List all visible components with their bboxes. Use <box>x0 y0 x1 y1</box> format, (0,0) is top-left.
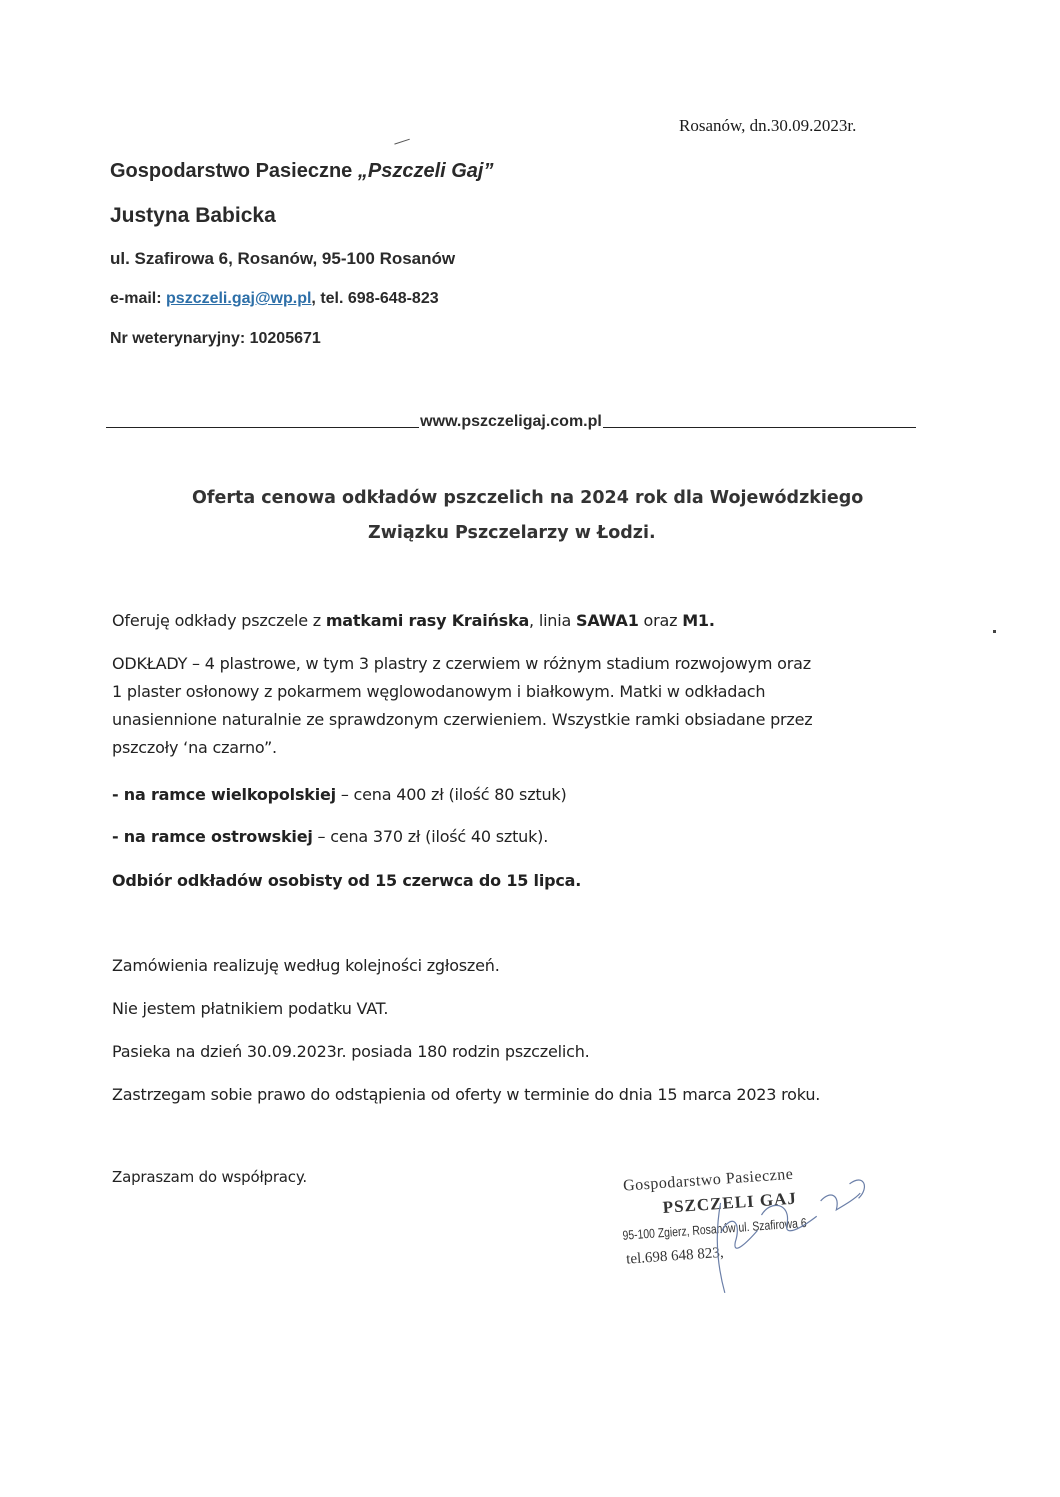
contact-line: e-mail: pszczeli.gaj@wp.pl, tel. 698-648… <box>110 290 439 308</box>
scan-speck <box>993 630 996 633</box>
divider-right <box>603 427 916 428</box>
note: Zamówienia realizuję według kolejności z… <box>112 956 500 975</box>
intro-line-m1: M1. <box>682 611 715 630</box>
address: ul. Szafirowa 6, Rosanów, 95-100 Rosanów <box>110 249 455 269</box>
intro-text: Oferuję odkłady pszczele z <box>112 611 326 630</box>
vet-number: Nr weterynaryjny: 10205671 <box>110 330 321 348</box>
price-details: – cena 400 zł (ilość 80 sztuk) <box>336 785 567 804</box>
owner-name: Justyna Babicka <box>110 204 276 228</box>
company-brand: „Pszczeli Gaj” <box>358 160 494 182</box>
frame-type: - na ramce ostrowskiej <box>112 827 313 846</box>
intro-text: , linia <box>529 611 576 630</box>
website-link[interactable]: www.pszczeligaj.com.pl <box>419 413 603 431</box>
description-line: 1 plaster osłonowy z pokarmem węglowodan… <box>112 682 765 701</box>
signature-icon <box>618 1150 907 1309</box>
email-label: e-mail: <box>110 290 166 307</box>
note: Zastrzegam sobie prawo do odstąpienia od… <box>112 1085 820 1104</box>
price-item: - na ramce ostrowskiej – cena 370 zł (il… <box>112 827 548 846</box>
company-prefix: Gospodarstwo Pasieczne <box>110 160 358 182</box>
description-line: unasiennione naturalnie ze sprawdzonym c… <box>112 710 812 729</box>
website-rule: www.pszczeligaj.com.pl <box>106 409 916 431</box>
price-details: – cena 370 zł (ilość 40 sztuk). <box>313 827 548 846</box>
intro-paragraph: Oferuję odkłady pszczele z matkami rasy … <box>112 611 715 630</box>
email-link[interactable]: pszczeli.gaj@wp.pl <box>166 290 311 307</box>
company-stamp: Gospodarstwo Pasieczne PSZCZELI GAJ 95-1… <box>618 1150 907 1309</box>
intro-line-sawa: SAWA1 <box>576 611 639 630</box>
description-line: pszczoły ‘na czarno”. <box>112 738 277 757</box>
phone: , tel. 698-648-823 <box>311 290 438 307</box>
description-line: ODKŁADY – 4 plastrowe, w tym 3 plastry z… <box>112 654 811 673</box>
pickup-info: Odbiór odkładów osobisty od 15 czerwca d… <box>112 871 581 890</box>
company-name: Gospodarstwo Pasieczne „Pszczeli Gaj” <box>110 160 493 183</box>
offer-title-line2: Związku Pszczelarzy w Łodzi. <box>368 523 656 543</box>
divider-left <box>106 427 419 428</box>
offer-title-line1: Oferta cenowa odkładów pszczelich na 202… <box>192 488 863 508</box>
price-item: - na ramce wielkopolskiej – cena 400 zł … <box>112 785 567 804</box>
intro-breed: matkami rasy Kraińska <box>326 611 529 630</box>
note: Nie jestem płatnikiem podatku VAT. <box>112 999 388 1018</box>
place-date: Rosanów, dn.30.09.2023r. <box>679 116 856 136</box>
pen-mark <box>394 139 411 151</box>
closing: Zapraszam do współpracy. <box>112 1168 307 1186</box>
intro-text: oraz <box>639 611 683 630</box>
frame-type: - na ramce wielkopolskiej <box>112 785 336 804</box>
note: Pasieka na dzień 30.09.2023r. posiada 18… <box>112 1042 590 1061</box>
